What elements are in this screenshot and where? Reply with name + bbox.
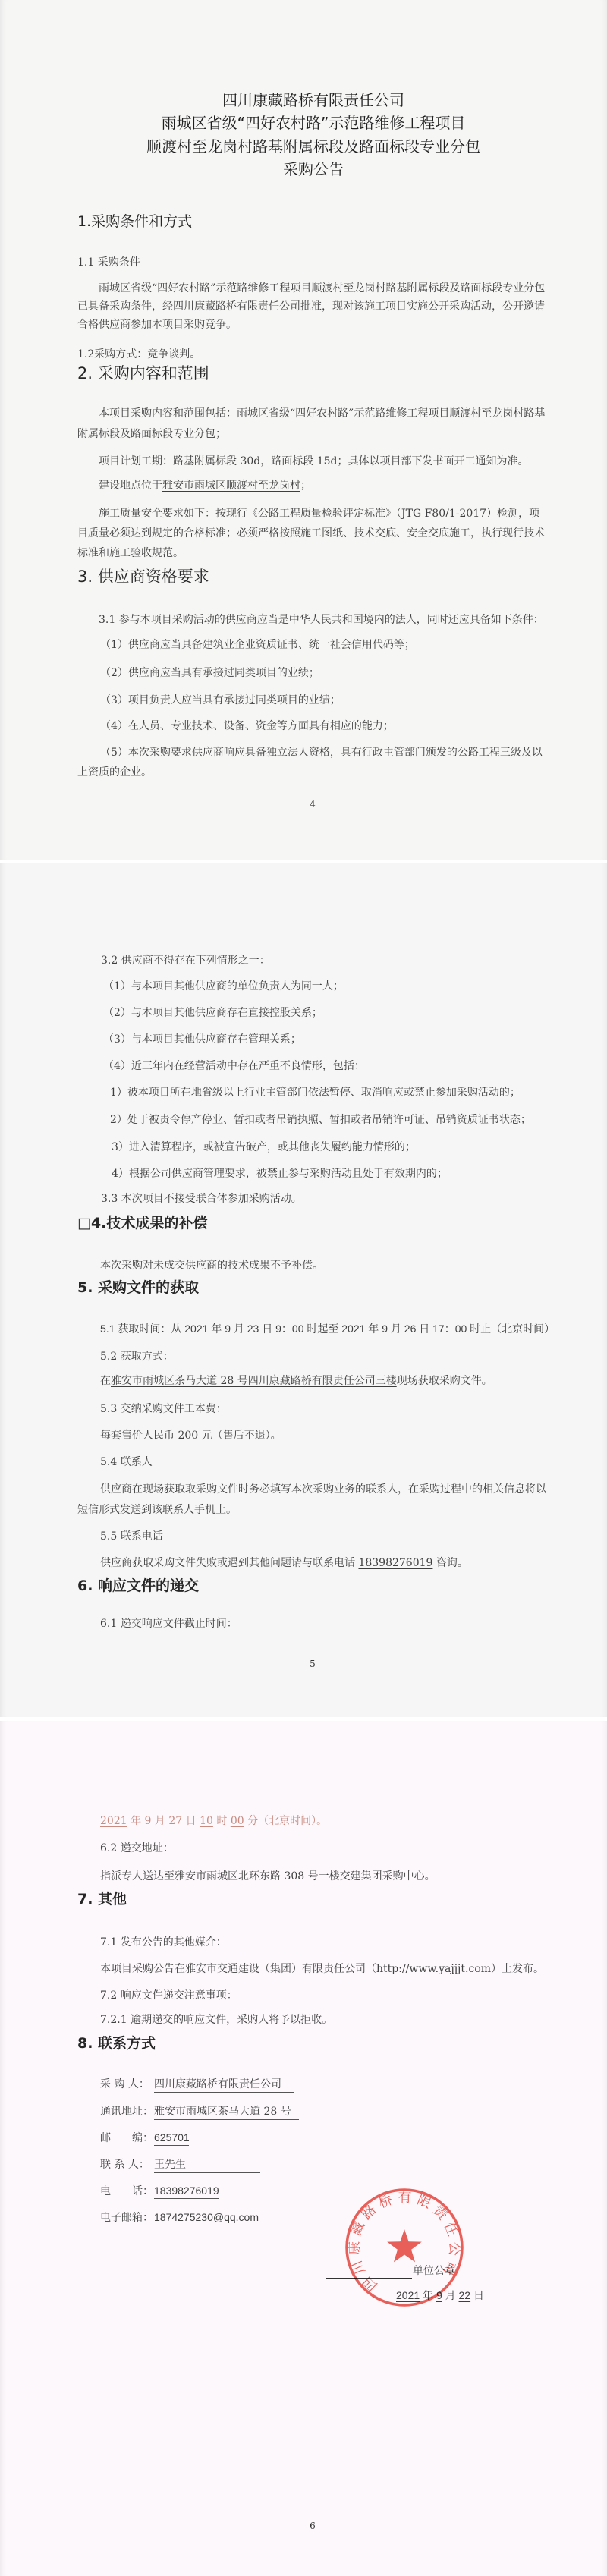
exclusion-subitem: 1）被本项目所在地省级以上行业主管部门依法暂停、取消响应或禁止参加采购活动的； [110, 1083, 521, 1102]
section8-heading: 8. 联系方式 [77, 2032, 156, 2055]
exclusion-item: （1）与本项目其他供应商的单位负责人为同一人； [103, 977, 344, 996]
section5-heading: 5. 采购文件的获取 [77, 1276, 199, 1299]
contact-row-email: 电子邮箱：1874275230@qq.com [100, 2208, 260, 2228]
contact-value: 625701 [154, 2130, 189, 2146]
contact-label: 电 话： [100, 2181, 154, 2201]
method-suffix: 现场获取采购文件。 [397, 1375, 492, 1387]
deadline-segment: 年 9 月 27 日 [127, 1815, 200, 1827]
contact-row-phone: 电 话：18398276019 [100, 2181, 219, 2201]
exclusion-subitem: 2）处于被责令停产停业、暂扣或者吊销执照、暂扣或者吊销许可证、吊销资质证书状态； [110, 1110, 531, 1130]
exclusion-item: （3）与本项目其他供应商存在管理关系； [103, 1030, 301, 1049]
date-segment: 日 [470, 2289, 484, 2301]
exclusions-intro: 3.2 供应商不得存在下列情形之一： [101, 951, 270, 970]
start-month: 9 [225, 1323, 231, 1335]
contact-value: 雅安市雨城区茶马大道 28 号 [154, 2104, 299, 2120]
deadline-segment: 时 [213, 1815, 231, 1827]
exclusion-item: （2）与本项目其他供应商存在直接控股关系； [103, 1003, 322, 1023]
conditions-text: 雨城区省级“四好农村路”示范路维修工程项目顺渡村至龙岗村路基附属标段及路面标段专… [77, 279, 549, 334]
page-number: 4 [301, 798, 324, 810]
phone-line: 供应商获取采购文件失败或遇到其他问题请与联系电话 18398276019 咨询。 [100, 1553, 468, 1573]
end-month: 9 [382, 1323, 388, 1335]
phone-label: 5.5 联系电话 [100, 1527, 163, 1546]
page-number: 6 [301, 2520, 324, 2532]
method-prefix: 在 [100, 1375, 111, 1387]
qualification-item: （3）项目负责人应当具有承接过同类项目的业绩； [100, 690, 341, 710]
qualification-item: （5）本次采购要求供应商响应具备独立法人资格，具有行政主管部门颁发的公路工程三级… [77, 743, 549, 782]
location-prefix: 建设地点位于 [99, 480, 162, 492]
start-year: 2021 [184, 1323, 208, 1335]
location-value: 雅安市雨城区顺渡村至龙岗村 [162, 480, 300, 492]
contact-label: 采 购 人： [100, 2074, 154, 2094]
document-page-6: 2021 年 9 月 27 日 10 时 00 分（北京时间）。 6.2 递交地… [0, 1721, 607, 2576]
notes-item: 7.2.1 逾期递交的响应文件，采购人将予以拒收。 [100, 2010, 332, 2030]
seal-star-icon [387, 2229, 422, 2262]
contact-row-person: 联 系 人：王先生 [100, 2155, 260, 2175]
contact-value: 18398276019 [154, 2183, 219, 2199]
time-segment: 年 [208, 1323, 225, 1335]
scope-text: 本项目采购内容和范围包括：雨城区省级“四好农村路”示范路维修工程项目顺渡村至龙岗… [77, 404, 549, 445]
media-label: 7.1 发布公告的其他媒介： [100, 1933, 227, 1952]
section4-heading: □4.技术成果的补偿 [77, 1212, 207, 1235]
deadline-segment: 分（北京时间）。 [244, 1815, 327, 1827]
time-segment: 日 9：00 时起至 [259, 1323, 341, 1335]
qualification-item: （4）在人员、专业技术、设备、资金等方面具有相应的能力； [100, 716, 394, 736]
acquisition-time: 5.1 获取时间：从 2021 年 9 月 23 日 9：00 时起至 2021… [100, 1319, 555, 1338]
title-package: 顺渡村至龙岗村路基附属标段及路面标段专业分包 [0, 135, 607, 158]
section4-heading-text: 4.技术成果的补偿 [91, 1215, 207, 1231]
contact-text: 供应商在现场获取取采购文件时务必填写本次采购业务的联系人，在采购过程中的相关信息… [77, 1480, 549, 1521]
contact-label: 邮 编： [100, 2128, 154, 2148]
contact-row-postcode: 邮 编：625701 [100, 2128, 189, 2148]
section3-heading: 3. 供应商资格要求 [77, 565, 209, 588]
location-suffix: ； [300, 480, 311, 492]
acquisition-method: 在雅安市雨城区茶马大道 28 号四川康藏路桥有限责任公司三楼现场获取采购文件。 [100, 1371, 492, 1391]
page-number: 5 [301, 1658, 324, 1670]
start-day: 23 [247, 1323, 259, 1335]
contact-row-address: 通讯地址：雅安市雨城区茶马大道 28 号 [100, 2102, 299, 2122]
contact-value: 王先生 [154, 2157, 260, 2173]
contact-label: 联 系 人： [100, 2155, 154, 2175]
contact-row-purchaser: 采 购 人：四川康藏路桥有限责任公司 [100, 2074, 294, 2094]
quality-text: 施工质量安全要求如下：按现行《公路工程质量检验评定标准》（JTG F80/1-2… [77, 504, 549, 563]
consortium-note: 3.3 本次项目不接受联合体参加采购活动。 [101, 1189, 302, 1209]
acquisition-method-label: 5.2 获取方式： [100, 1347, 174, 1367]
title-company: 四川康藏路桥有限责任公司 [0, 89, 607, 112]
qualification-item: （2）供应商应当具有承接过同类项目的业绩； [100, 663, 319, 683]
fee-label: 5.3 交纳采购文件工本费： [100, 1399, 227, 1419]
phone-suffix: 咨询。 [432, 1557, 467, 1569]
section2-heading: 2. 采购内容和范围 [77, 362, 209, 385]
schedule-text: 项目计划工期：路基附属标段 30d，路面标段 15d；具体以项目部下发书面开工通… [99, 451, 528, 471]
exclusion-subitem: 3）进入清算程序，或被宣告破产，或其他丧失履约能力情形的； [112, 1137, 416, 1157]
title-project: 雨城区省级“四好农村路”示范路维修工程项目 [0, 112, 607, 134]
section1-heading: 1.采购条件和方式 [77, 210, 192, 233]
notes-label: 7.2 响应文件递交注意事项： [100, 1986, 237, 2005]
checkbox-marker-icon: □ [77, 1215, 91, 1231]
exclusion-item: （4）近三年内在经营活动中存在严重不良情形，包括： [103, 1056, 365, 1076]
deadline-hour: 10 [200, 1815, 213, 1827]
section7-heading: 7. 其他 [77, 1888, 127, 1911]
contact-value: 1874275230@qq.com [154, 2210, 260, 2225]
qualification-item: （1）供应商应当具备建筑业企业资质证书、统一社会信用代码等； [100, 635, 415, 655]
phone-prefix: 供应商获取采购文件失败或遇到其他问题请与联系电话 [100, 1557, 358, 1569]
acquisition-address: 雅安市雨城区茶马大道 28 号四川康藏路桥有限责任公司三楼 [111, 1375, 397, 1387]
location-line: 建设地点位于雅安市雨城区顺渡村至龙岗村； [99, 476, 311, 495]
contact-label: 电子邮箱： [100, 2208, 154, 2228]
exclusion-subitem: 4）根据公司供应商管理要求，被禁止参与采购活动且处于有效期内的； [112, 1164, 448, 1184]
deadline-year: 2021 [100, 1815, 127, 1827]
time-segment: 月 [388, 1323, 404, 1335]
submission-address: 指派专人送达至雅安市雨城区北环东路 308 号一楼交建集团采购中心。 [100, 1867, 436, 1886]
phone-number: 18398276019 [358, 1557, 432, 1569]
company-seal-icon: 四川康藏路桥有限责任公司 [340, 2183, 469, 2312]
document-page-4: 四川康藏路桥有限责任公司 雨城区省级“四好农村路”示范路维修工程项目 顺渡村至龙… [0, 0, 607, 860]
time-segment: 月 [231, 1323, 247, 1335]
end-day: 26 [404, 1323, 417, 1335]
section6-heading: 6. 响应文件的递交 [77, 1574, 199, 1597]
document-page-5: 3.2 供应商不得存在下列情形之一： （1）与本项目其他供应商的单位负责人为同一… [0, 863, 607, 1717]
submission-address-label: 6.2 递交地址： [100, 1838, 174, 1858]
time-segment: 年 [365, 1323, 382, 1335]
conditions-label: 1.1 采购条件 [77, 253, 140, 272]
time-segment: 5.1 获取时间：从 [100, 1323, 184, 1335]
time-segment: 日 17：00 时止（北京时间） [416, 1323, 555, 1335]
contact-value: 四川康藏路桥有限责任公司 [154, 2077, 294, 2093]
address-prefix: 指派专人送达至 [100, 1870, 175, 1882]
fee-text: 每套售价人民币 200 元（售后不退）。 [100, 1426, 281, 1445]
title-doc-type: 采购公告 [0, 158, 607, 181]
qualifications-intro: 3.1 参与本项目采购活动的供应商应当是中华人民共和国境内的法人，同时还应具备如… [99, 610, 544, 630]
media-text: 本项目采购公告在雅安市交通建设（集团）有限责任公司（http://www.yaj… [100, 1959, 544, 1979]
contact-label: 5.4 联系人 [100, 1452, 153, 1472]
contact-label: 通讯地址： [100, 2102, 154, 2122]
deadline-minute: 00 [231, 1815, 244, 1827]
address-value: 雅安市雨城区北环东路 308 号一楼交建集团采购中心。 [175, 1870, 436, 1882]
end-year: 2021 [341, 1323, 365, 1335]
submission-deadline: 2021 年 9 月 27 日 10 时 00 分（北京时间）。 [100, 1811, 327, 1831]
deadline-label: 6.1 递交响应文件截止时间： [100, 1614, 237, 1634]
compensation-text: 本次采购对未成交供应商的技术成果不予补偿。 [100, 1256, 323, 1275]
